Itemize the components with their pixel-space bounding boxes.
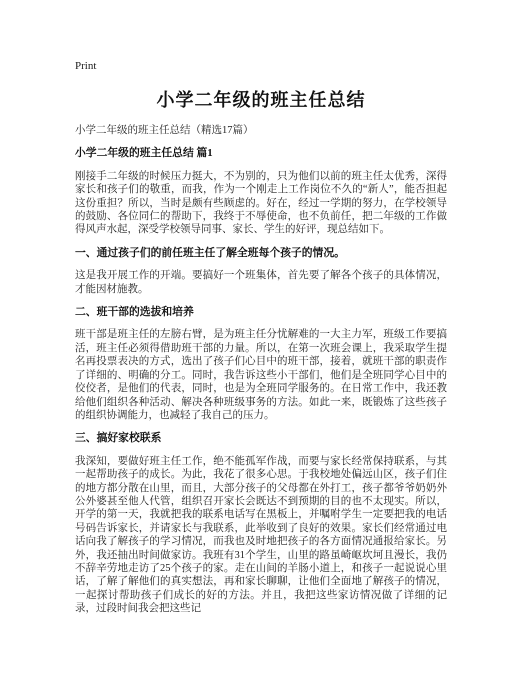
- print-link[interactable]: Print: [75, 59, 96, 73]
- document-subtitle: 小学二年级的班主任总结（精选17篇）: [75, 124, 447, 137]
- section-paragraph: 这是我开展工作的开端。要搞好一个班集体，首先要了解各个孩子的具体情况，才能因材施…: [75, 269, 447, 296]
- section-paragraph: 刚接手二年级的时候压力挺大，不为别的，只为他们以前的班主任太优秀，深得家长和孩子…: [75, 170, 447, 237]
- section-paragraph: 班干部是班主任的左膀右臂，是为班主任分忧解难的一大主力军，班级工作要搞活，班主任…: [75, 328, 447, 422]
- section-heading: 小学二年级的班主任总结 篇1: [75, 147, 447, 160]
- section-heading: 一、通过孩子们的前任班主任了解全班每个孩子的情况。: [75, 247, 447, 260]
- document-body: 小学二年级的班主任总结 篇1刚接手二年级的时候压力挺大，不为别的，只为他们以前的…: [75, 147, 447, 615]
- section-heading: 三、搞好家校联系: [75, 432, 447, 445]
- page-title: 小学二年级的班主任总结: [75, 89, 447, 111]
- section-paragraph: 我深知，要做好班主任工作，绝不能孤军作战，而要与家长经常保持联系，与其一起帮助孩…: [75, 455, 447, 616]
- print-preview-page: Print 小学二年级的班主任总结 小学二年级的班主任总结（精选17篇） 小学二…: [0, 0, 520, 673]
- section-heading: 二、班干部的选拔和培养: [75, 306, 447, 319]
